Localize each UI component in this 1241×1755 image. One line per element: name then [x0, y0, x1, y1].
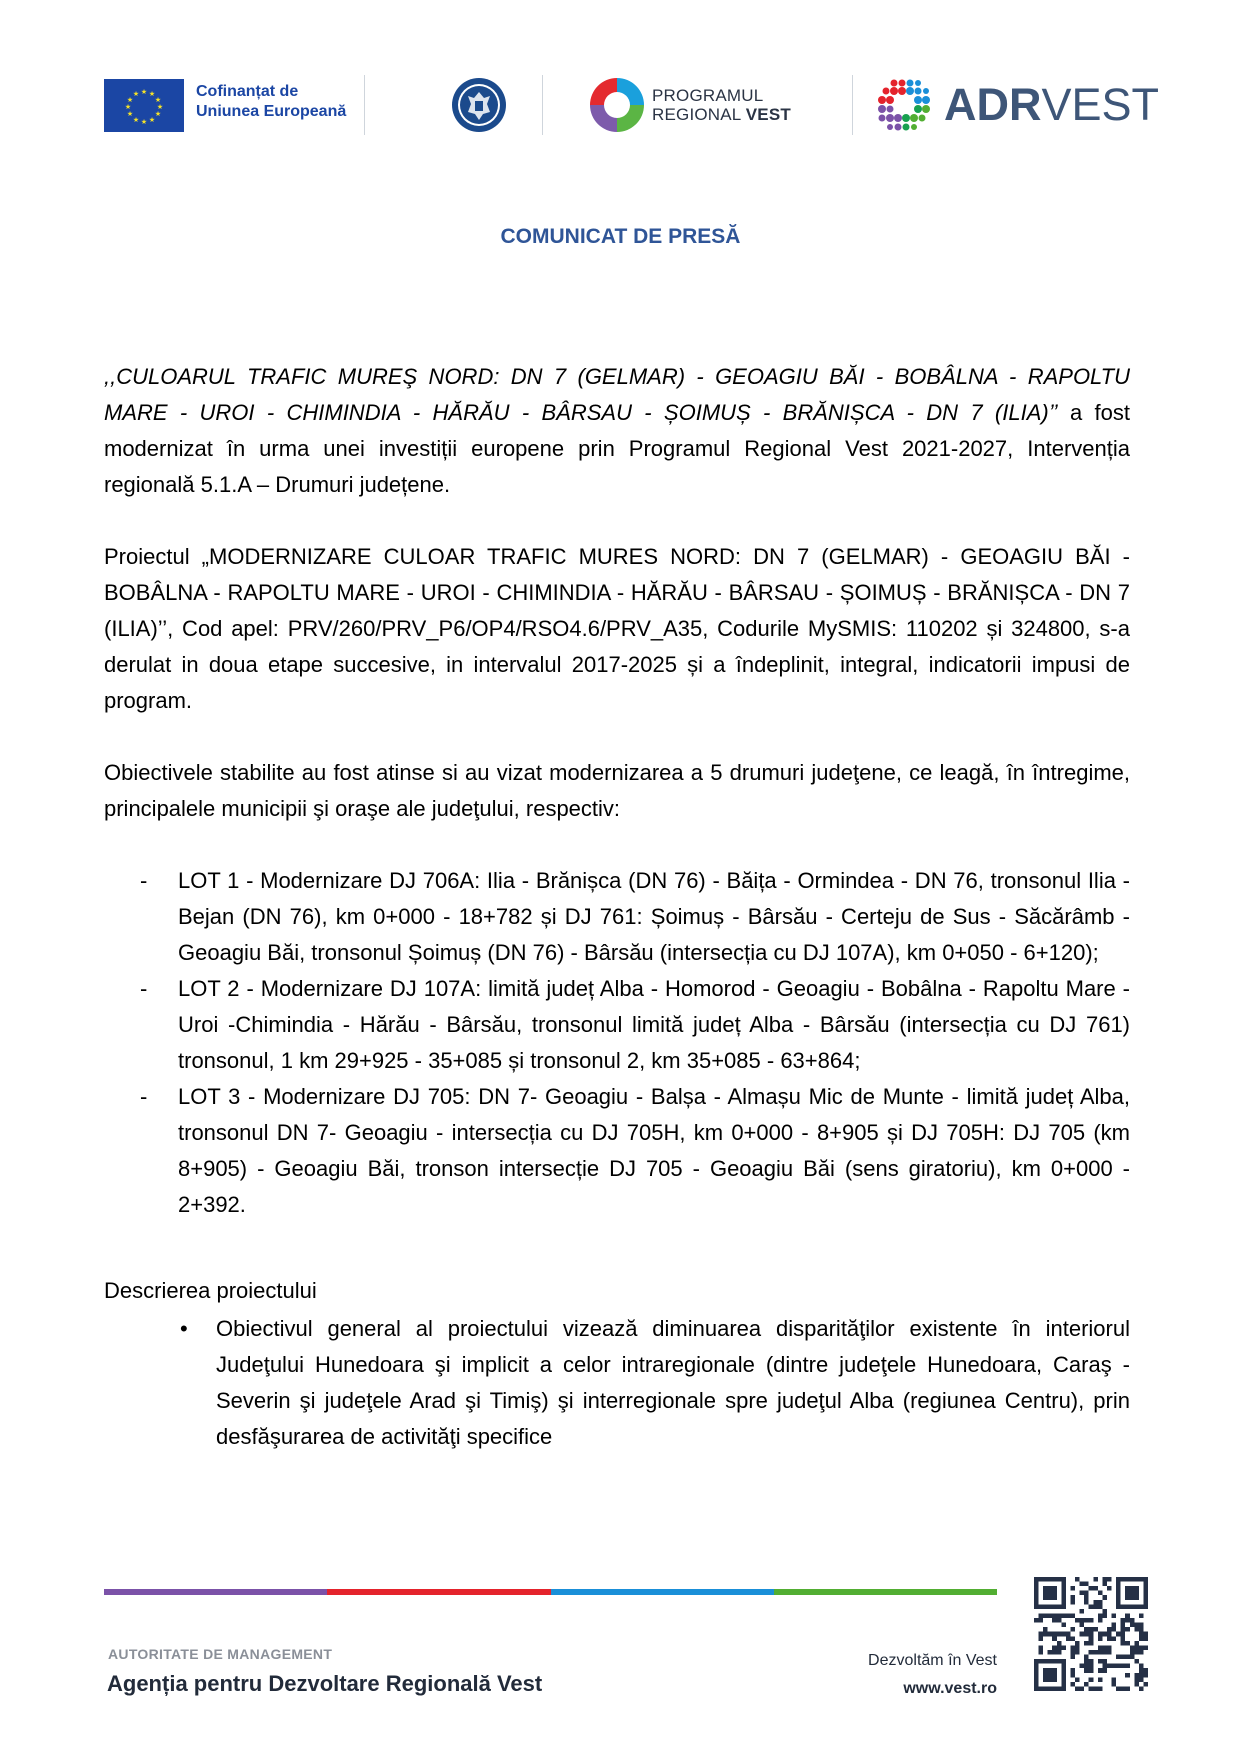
- dash-marker: -: [140, 863, 147, 899]
- svg-text:★: ★: [125, 103, 131, 111]
- color-segment-green: [774, 1589, 997, 1595]
- government-seal-icon: [450, 76, 508, 134]
- prv-text-line1: PROGRAMUL: [652, 86, 791, 105]
- lot-text: LOT 3 - Modernizare DJ 705: DN 7- Geoagi…: [178, 1084, 1130, 1217]
- prv-text-regional: REGIONAL: [652, 105, 746, 124]
- color-segment-purple: [104, 1589, 327, 1595]
- list-item: •Obiectivul general al proiectului vizea…: [104, 1311, 1130, 1455]
- logo-divider: [542, 75, 543, 135]
- logo-divider: [852, 75, 853, 135]
- description-bullets: •Obiectivul general al proiectului vizea…: [104, 1311, 1130, 1455]
- svg-text:★: ★: [149, 116, 155, 124]
- svg-text:★: ★: [141, 88, 147, 96]
- color-segment-blue: [551, 1589, 774, 1595]
- svg-text:★: ★: [141, 118, 147, 126]
- eu-flag-icon: ★★★ ★★★ ★★★ ★★★: [104, 79, 184, 132]
- programul-regional-vest-text: PROGRAMUL REGIONAL VEST: [652, 86, 791, 124]
- bullet-marker: •: [180, 1311, 188, 1347]
- svg-text:★: ★: [127, 110, 133, 118]
- eu-text-line2: Uniunea Europeană: [196, 102, 346, 122]
- adr-text-bold: ADR: [944, 79, 1042, 130]
- bullet-text: Obiectivul general al proiectului vizeaz…: [216, 1316, 1130, 1449]
- lots-list: -LOT 1 - Modernizare DJ 706A: Ilia - Bră…: [104, 863, 1130, 1223]
- list-item: -LOT 3 - Modernizare DJ 705: DN 7- Geoag…: [104, 1079, 1130, 1223]
- qr-code-icon[interactable]: [1034, 1577, 1148, 1691]
- dash-marker: -: [140, 1079, 147, 1115]
- document-body: ,,CULOARUL TRAFIC MUREŞ NORD: DN 7 (GELM…: [104, 359, 1130, 1455]
- lot-text: LOT 2 - Modernizare DJ 107A: limită jude…: [178, 976, 1130, 1073]
- color-segment-red: [327, 1589, 550, 1595]
- eu-text-line1: Cofinanțat de: [196, 82, 346, 102]
- section-heading: Descrierea proiectului: [104, 1273, 1130, 1309]
- document-title: COMUNICAT DE PRESĂ: [0, 225, 1241, 249]
- slogan: Dezvoltăm în Vest: [868, 1652, 997, 1670]
- adr-vest-wordmark: ADRVEST: [944, 80, 1159, 130]
- programul-regional-vest-ring-icon: [588, 76, 646, 134]
- logo-header: ★★★ ★★★ ★★★ ★★★ Cofinanțat de Uniunea Eu…: [104, 70, 1144, 140]
- website-link[interactable]: www.vest.ro: [903, 1680, 997, 1698]
- list-item: -LOT 2 - Modernizare DJ 107A: limită jud…: [104, 971, 1130, 1079]
- management-authority-label: AUTORITATE DE MANAGEMENT: [108, 1646, 332, 1662]
- agency-name: Agenția pentru Dezvoltare Regională Vest: [107, 1671, 542, 1697]
- logo-divider: [364, 75, 365, 135]
- eu-cofinancing-text: Cofinanțat de Uniunea Europeană: [196, 82, 346, 122]
- svg-text:★: ★: [133, 90, 139, 98]
- intro-paragraph: ,,CULOARUL TRAFIC MUREŞ NORD: DN 7 (GELM…: [104, 359, 1130, 503]
- footer-color-bar: [104, 1589, 997, 1595]
- project-paragraph: Proiectul „MODERNIZARE CULOAR TRAFIC MUR…: [104, 539, 1130, 719]
- list-item: -LOT 1 - Modernizare DJ 706A: Ilia - Bră…: [104, 863, 1130, 971]
- dash-marker: -: [140, 971, 147, 1007]
- svg-text:★: ★: [155, 110, 161, 118]
- lot-text: LOT 1 - Modernizare DJ 706A: Ilia - Brăn…: [178, 868, 1130, 965]
- svg-text:★: ★: [133, 116, 139, 124]
- objectives-paragraph: Obiectivele stabilite au fost atinse si …: [104, 755, 1130, 827]
- adr-dots-icon: [876, 78, 932, 136]
- intro-project-name: ,,CULOARUL TRAFIC MUREŞ NORD: DN 7 (GELM…: [104, 364, 1130, 425]
- adr-text-light: VEST: [1042, 79, 1160, 130]
- prv-text-vest: VEST: [746, 105, 791, 124]
